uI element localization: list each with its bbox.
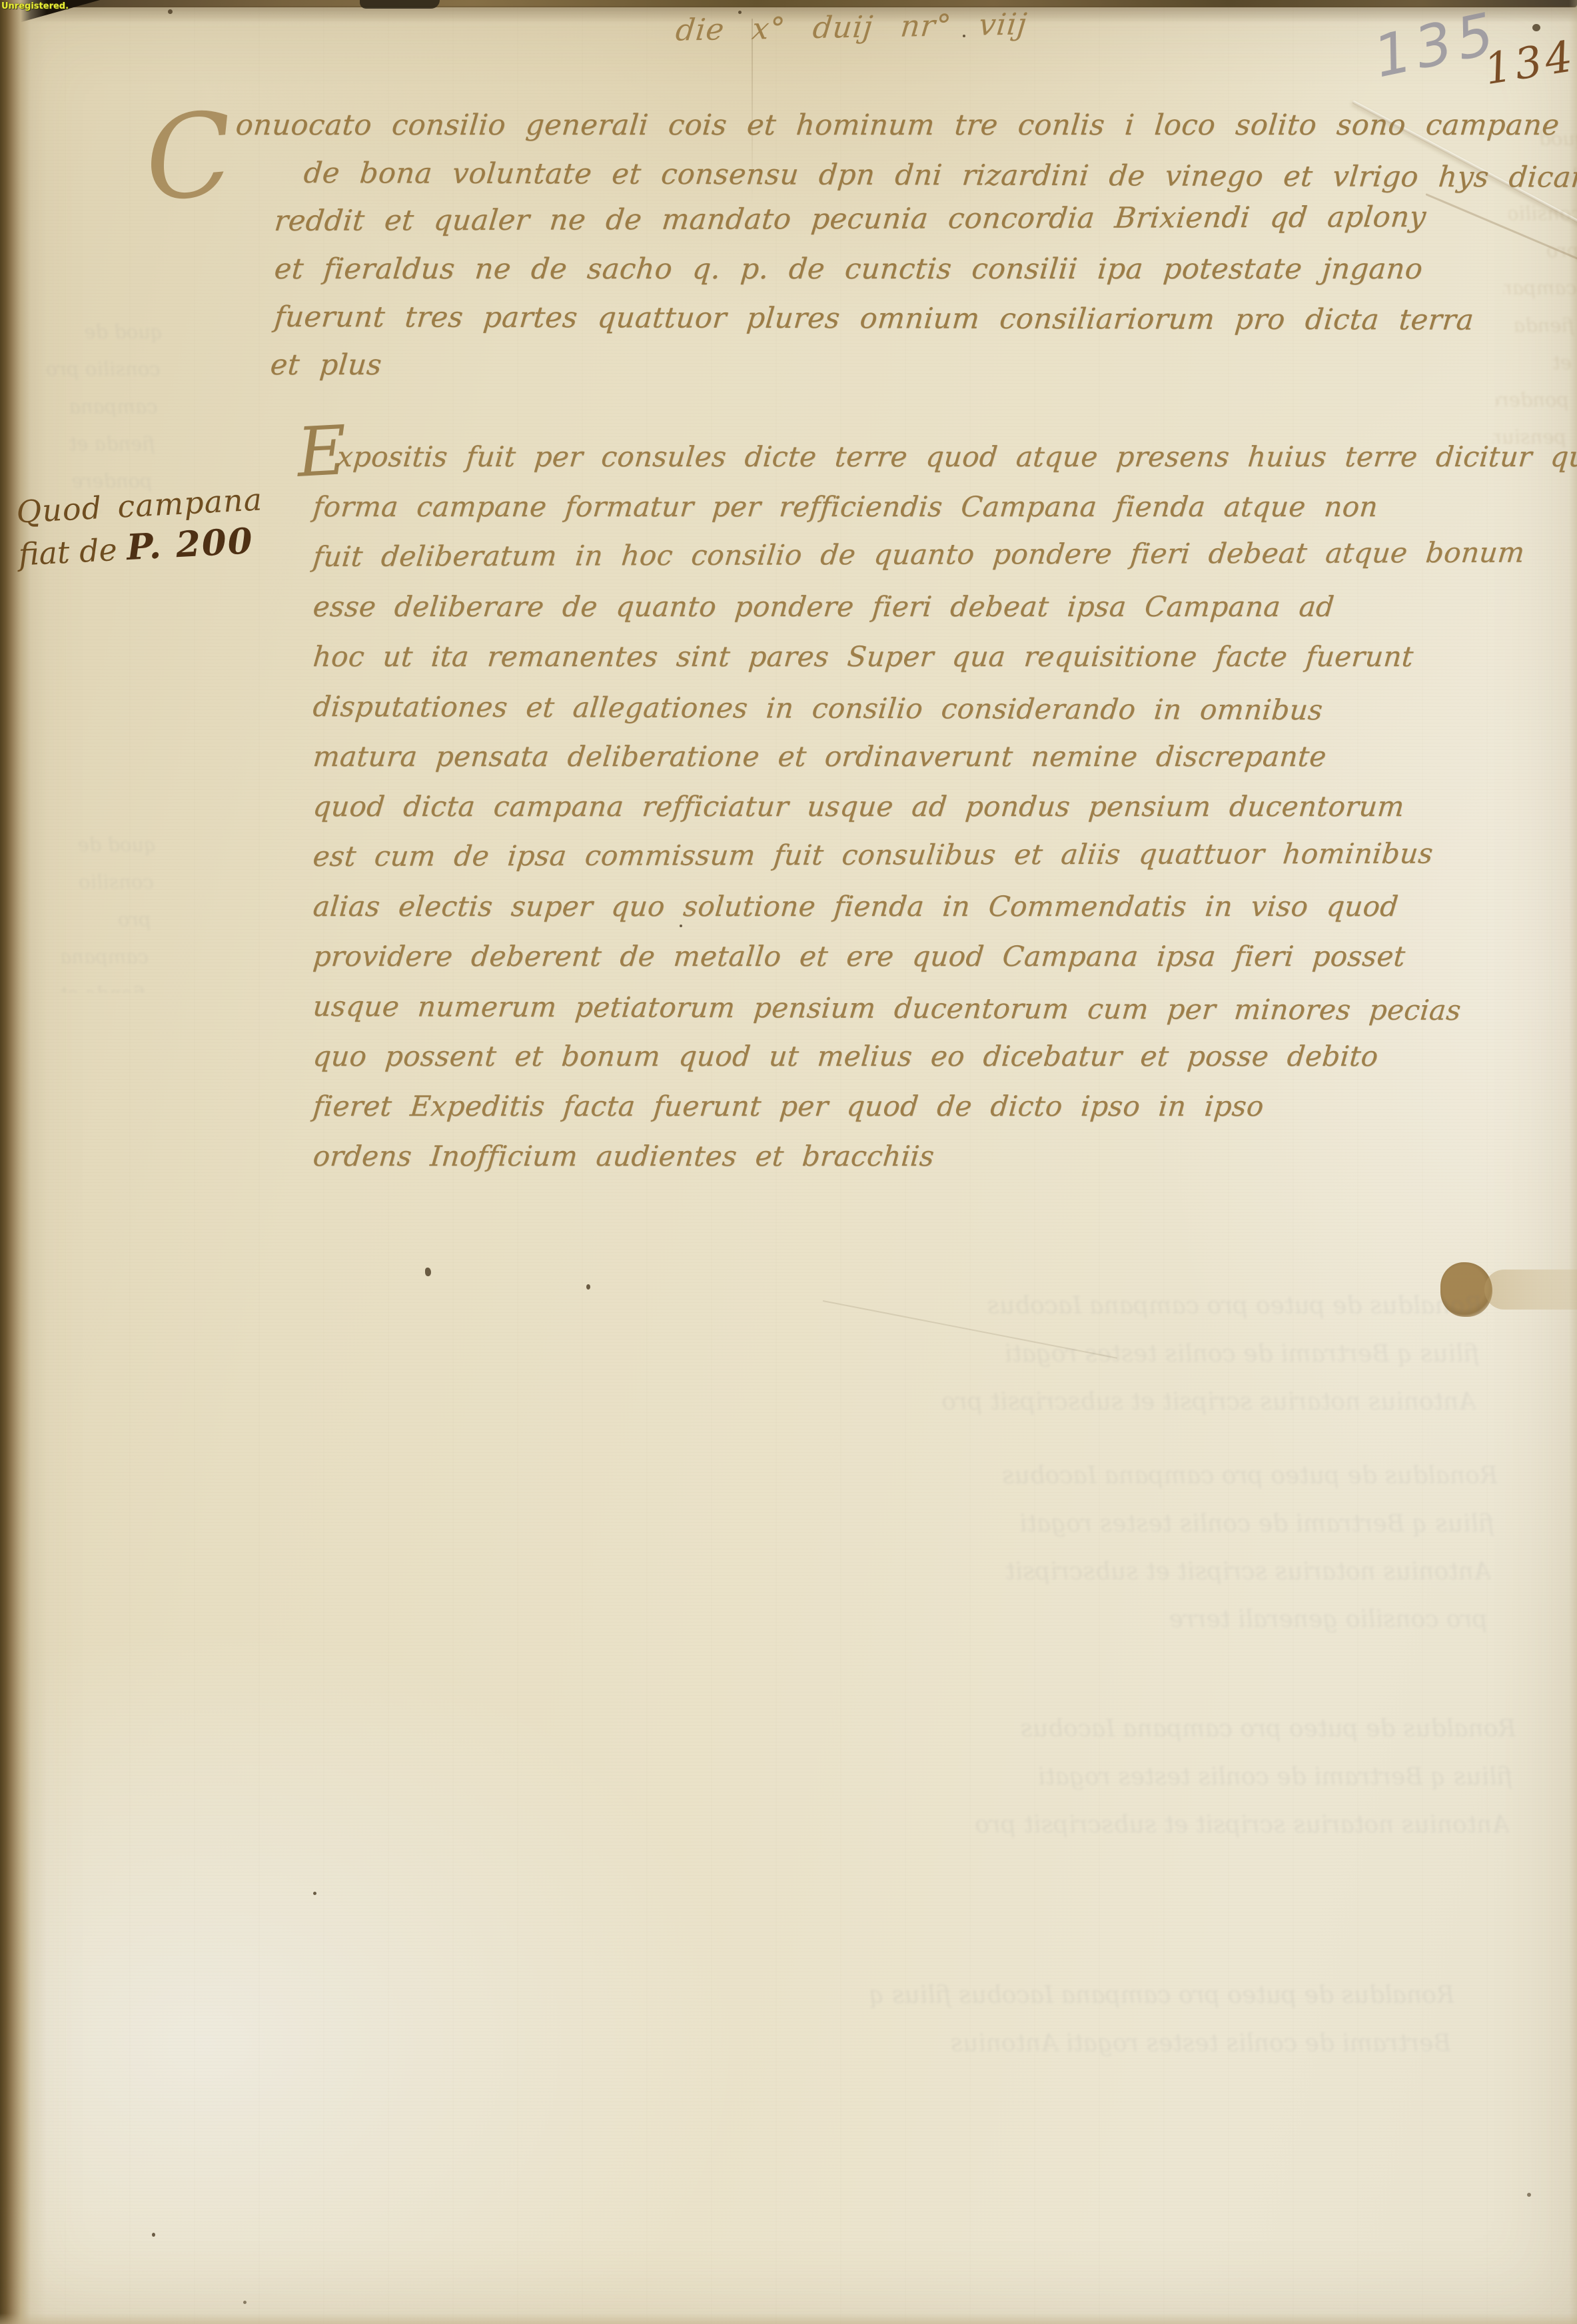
manuscript-line: et plus xyxy=(268,341,1577,389)
manuscript-line: quo possent et bonum quod ut melius eo d… xyxy=(311,1031,1577,1081)
header-dateline: die x° duij nr° viij xyxy=(674,6,1029,47)
show-through-text: Ronaldus de puteo pro campana Iacobus fi… xyxy=(979,1452,1500,1652)
manuscript-line: est cum de ipsa commissum fuit consulibu… xyxy=(310,828,1577,881)
manuscript-line: fuit deliberatum in hoc consilio de quan… xyxy=(310,527,1577,581)
manuscript-line: reddit et qualer ne de mandato pecunia c… xyxy=(272,193,1577,245)
manuscript-line: fuerunt tres partes quattuor plures omni… xyxy=(272,293,1577,344)
manuscript-line: usque numerum petiatorum pensium ducento… xyxy=(311,981,1577,1036)
ink-stain-streak xyxy=(1484,1270,1577,1310)
show-through-text: Ronaldus de puteo pro campana Iacobus fi… xyxy=(849,1972,1456,2078)
left-gutter-edge xyxy=(0,0,47,2324)
paragraph-2: xpositis fuit per consules dicte terre q… xyxy=(313,432,1577,1181)
margin-note-value: P. 200 xyxy=(125,520,255,568)
drop-cap-c: C xyxy=(141,97,238,218)
show-through-margin-text: quod de consilio pro campana fienda et p… xyxy=(33,826,157,992)
faint-diagonal-crease xyxy=(823,1300,1117,1359)
scan-watermark-text: Unregistered. xyxy=(1,1,69,11)
manuscript-line: disputationes et allegationes in consili… xyxy=(311,681,1577,736)
manuscript-line: fieret Expeditis facta fuerunt per quod … xyxy=(311,1081,1577,1131)
manuscript-line: onuocato consilio generali cois et homin… xyxy=(234,101,1577,149)
manuscript-line: et fieraldus ne de sacho q. p. de cuncti… xyxy=(272,245,1577,293)
show-through-text: Ronaldus de puteo pro campana Iacobus fi… xyxy=(927,1282,1484,1435)
paragraph-1: onuocato consilio generali cois et homin… xyxy=(274,101,1577,389)
manuscript-line: ordens Inofficium audientes et bracchiis xyxy=(311,1131,1577,1181)
manuscript-line: xpositis fuit per consules dicte terre q… xyxy=(335,432,1577,482)
manuscript-line: esse deliberare de quanto pondere fieri … xyxy=(311,581,1577,631)
manuscript-line: quod dicta campana refficiatur usque ad … xyxy=(311,781,1577,831)
manuscript-line: hoc ut ita remanentes sint pares Super q… xyxy=(311,631,1577,681)
margin-note: Quod campana fiat de P. 200 xyxy=(15,478,266,575)
bottom-paper-edge xyxy=(0,2313,1577,2324)
manuscript-line: alias electis super quo solutione fienda… xyxy=(311,881,1577,931)
manuscript-line: forma campane formatur per refficiendis … xyxy=(311,482,1577,532)
manuscript-line: providere deberent de metallo et ere quo… xyxy=(311,931,1577,981)
manuscript-page: Unregistered. 135 134 die x° duij nr° vi… xyxy=(0,0,1577,2324)
manuscript-line: matura pensata deliberatione et ordinave… xyxy=(311,731,1577,781)
show-through-text: Ronaldus de puteo pro campana Iacobus fi… xyxy=(947,1705,1518,1858)
top-edge-blob xyxy=(360,0,440,9)
margin-note-line2-prefix: fiat de xyxy=(18,531,128,572)
